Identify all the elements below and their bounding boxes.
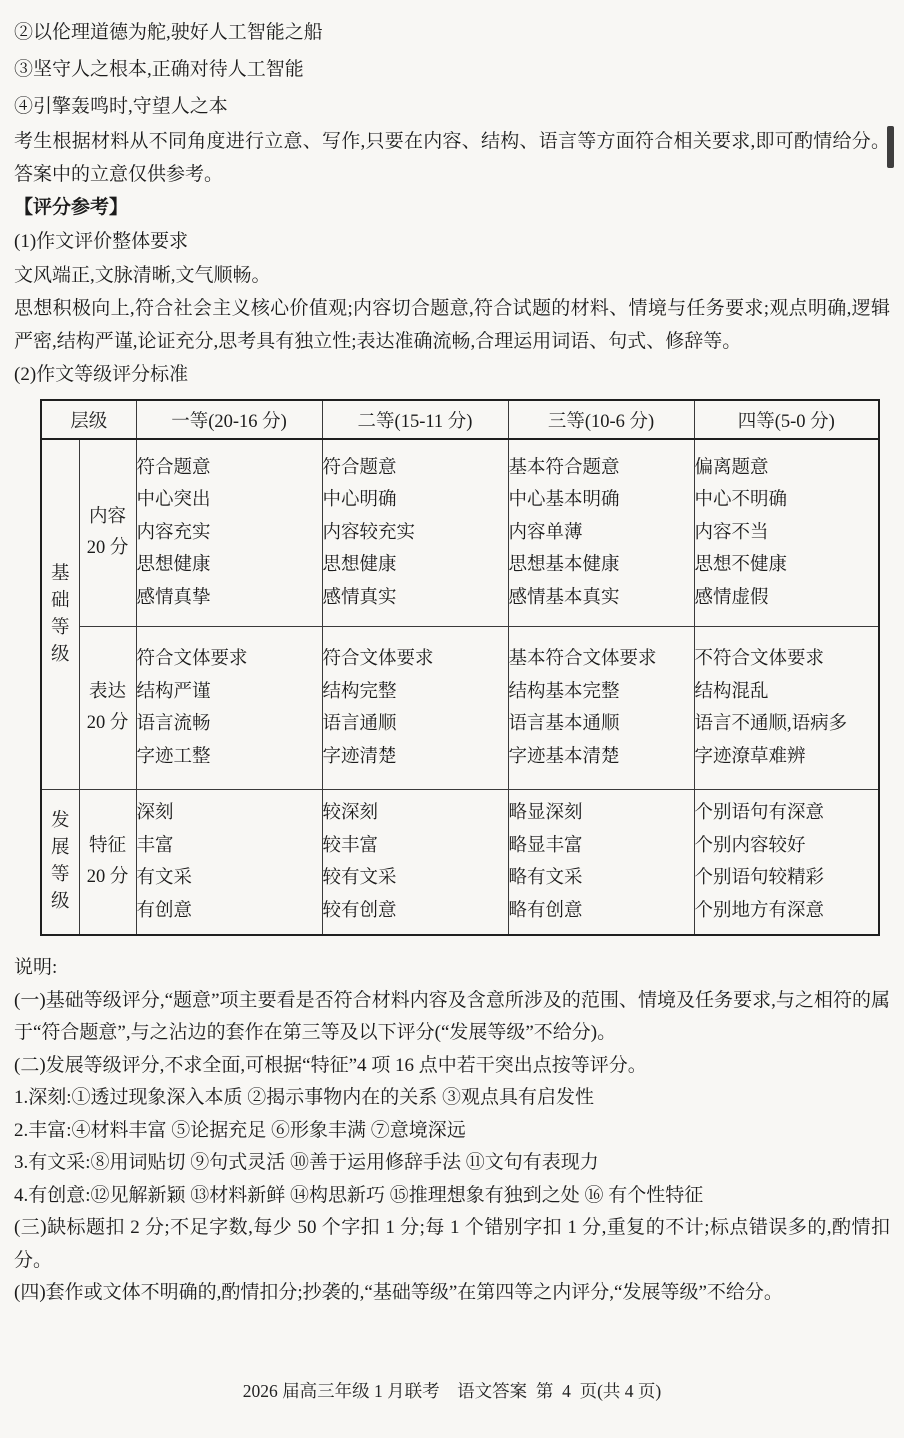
page-footer: 2026 届高三年级 1 月联考 语文答案 第 4 页(共 4 页) [0,1378,904,1403]
intro-point-3: ③坚守人之根本,正确对待人工智能 [14,51,890,88]
notes-title: 说明: [14,952,890,985]
note-4: 2.丰富:④材料丰富 ⑤论据充足 ⑥形象丰满 ⑦意境深远 [14,1115,890,1148]
group-basic-level: 基础等级 [41,439,79,790]
feature-grade-2: 较深刻 较丰富 较有文采 较有创意 [322,790,508,936]
note-2: (二)发展等级评分,不求全面,可根据“特征”4 项 16 点中若干突出点按等评分… [14,1050,890,1083]
expression-grade-2: 符合文体要求 结构完整 语言通顺 字迹清楚 [322,627,508,790]
intro-point-2: ②以伦理道德为舵,驶好人工智能之船 [14,14,890,51]
group-development-level: 发展等级 [41,790,79,936]
aspect-feature: 特征 20 分 [79,790,136,936]
rubric-row-expression: 表达 20 分 符合文体要求 结构严谨 语言流畅 字迹工整 符合文体要求 结构完… [41,627,879,790]
notes-section: 说明: (一)基础等级评分,“题意”项主要看是否符合材料内容及含意所涉及的范围、… [14,952,890,1310]
grading-rubric-table: 层级 一等(20-16 分) 二等(15-11 分) 三等(10-6 分) 四等… [40,399,880,936]
scoring-item1-line1: 文风端正,文脉清晰,文气顺畅。 [14,259,890,292]
rubric-row-content: 基础等级 内容 20 分 符合题意 中心突出 内容充实 思想健康 感情真挚 符合… [41,439,879,627]
rubric-row-feature: 发展等级 特征 20 分 深刻 丰富 有文采 有创意 较深刻 较丰富 较有文采 … [41,790,879,936]
scoring-item1-line2: 思想积极向上,符合社会主义核心价值观;内容切合题意,符合试题的材料、情境与任务要… [14,292,890,358]
note-7: (三)缺标题扣 2 分;不足字数,每少 50 个字扣 1 分;每 1 个错别字扣… [14,1212,890,1277]
header-grade-2: 二等(15-11 分) [322,400,508,439]
content-grade-4: 偏离题意 中心不明确 内容不当 思想不健康 感情虚假 [694,439,879,627]
aspect-expression: 表达 20 分 [79,627,136,790]
scoring-item2-title: (2)作文等级评分标准 [14,358,890,392]
rubric-header-row: 层级 一等(20-16 分) 二等(15-11 分) 三等(10-6 分) 四等… [41,400,879,439]
group-basic-level-label: 基础等级 [50,561,71,669]
note-8: (四)套作或文体不明确的,酌情扣分;抄袭的,“基础等级”在第四等之内评分,“发展… [14,1277,890,1310]
content-grade-3: 基本符合题意 中心基本明确 内容单薄 思想基本健康 感情基本真实 [508,439,694,627]
feature-grade-1: 深刻 丰富 有文采 有创意 [136,790,322,936]
content-grade-1: 符合题意 中心突出 内容充实 思想健康 感情真挚 [136,439,322,627]
scan-edge-artifact [887,126,894,168]
scoring-item1-title: (1)作文评价整体要求 [14,225,890,259]
intro-note: 考生根据材料从不同角度进行立意、写作,只要在内容、结构、语言等方面符合相关要求,… [14,125,890,191]
note-3: 1.深刻:①透过现象深入本质 ②揭示事物内在的关系 ③观点具有启发性 [14,1082,890,1115]
note-1: (一)基础等级评分,“题意”项主要看是否符合材料内容及含意所涉及的范围、情境及任… [14,985,890,1050]
header-grade-1: 一等(20-16 分) [136,400,322,439]
feature-grade-4: 个别语句有深意 个别内容较好 个别语句较精彩 个别地方有深意 [694,790,879,936]
content-grade-2: 符合题意 中心明确 内容较充实 思想健康 感情真实 [322,439,508,627]
document-page: ②以伦理道德为舵,驶好人工智能之船 ③坚守人之根本,正确对待人工智能 ④引擎轰鸣… [0,0,904,1310]
feature-grade-3: 略显深刻 略显丰富 略有文采 略有创意 [508,790,694,936]
intro-point-4: ④引擎轰鸣时,守望人之本 [14,88,890,125]
header-grade-4: 四等(5-0 分) [694,400,879,439]
note-5: 3.有文采:⑧用词贴切 ⑨句式灵活 ⑩善于运用修辞手法 ⑪文句有表现力 [14,1147,890,1180]
expression-grade-1: 符合文体要求 结构严谨 语言流畅 字迹工整 [136,627,322,790]
group-development-level-label: 发展等级 [50,808,71,916]
header-grade-3: 三等(10-6 分) [508,400,694,439]
expression-grade-3: 基本符合文体要求 结构基本完整 语言基本通顺 字迹基本清楚 [508,627,694,790]
scoring-reference-heading: 【评分参考】 [14,191,890,225]
expression-grade-4: 不符合文体要求 结构混乱 语言不通顺,语病多 字迹潦草难辨 [694,627,879,790]
note-6: 4.有创意:⑫见解新颖 ⑬材料新鲜 ⑭构思新巧 ⑮推理想象有独到之处 ⑯ 有个性… [14,1180,890,1213]
aspect-content: 内容 20 分 [79,439,136,627]
header-level: 层级 [41,400,136,439]
